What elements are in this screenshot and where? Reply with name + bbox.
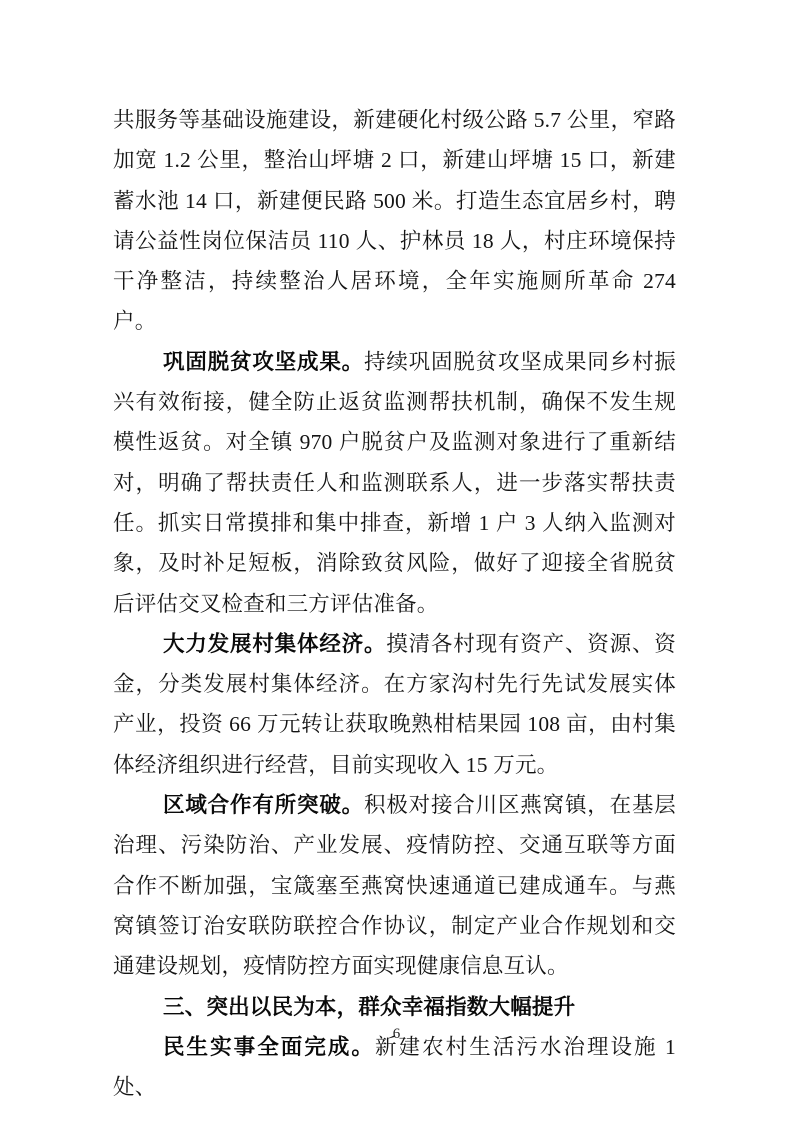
page-number: 6 (0, 1024, 793, 1044)
paragraph-text: 三、突出以民为本，群众幸福指数大幅提升 (163, 995, 575, 1019)
paragraph-lead: 大力发展村集体经济。 (163, 632, 386, 656)
paragraph-text: 共服务等基础设施建设，新建硬化村级公路 5.7 公里，窄路加宽 1.2 公里，整… (113, 108, 676, 333)
paragraph-lead: 巩固脱贫攻坚成果。 (163, 350, 364, 374)
body-paragraph: 共服务等基础设施建设，新建硬化村级公路 5.7 公里，窄路加宽 1.2 公里，整… (113, 100, 676, 342)
body-paragraph: 巩固脱贫攻坚成果。持续巩固脱贫攻坚成果同乡村振兴有效衔接，健全防止返贫监测帮扶机… (113, 342, 676, 624)
body-paragraph: 大力发展村集体经济。摸清各村现有资产、资源、资金，分类发展村集体经济。在方家沟村… (113, 624, 676, 785)
paragraph-text: 持续巩固脱贫攻坚成果同乡村振兴有效衔接，健全防止返贫监测帮扶机制，确保不发生规模… (113, 350, 676, 616)
paragraph-lead: 区域合作有所突破。 (163, 793, 364, 817)
section-heading: 三、突出以民为本，群众幸福指数大幅提升 (113, 987, 676, 1027)
page-body: 共服务等基础设施建设，新建硬化村级公路 5.7 公里，窄路加宽 1.2 公里，整… (113, 100, 676, 1107)
document-page: 共服务等基础设施建设，新建硬化村级公路 5.7 公里，窄路加宽 1.2 公里，整… (0, 0, 793, 1122)
body-paragraph: 区域合作有所突破。积极对接合川区燕窝镇，在基层治理、污染防治、产业发展、疫情防控… (113, 785, 676, 986)
paragraph-text: 积极对接合川区燕窝镇，在基层治理、污染防治、产业发展、疫情防控、交通互联等方面合… (113, 793, 676, 978)
